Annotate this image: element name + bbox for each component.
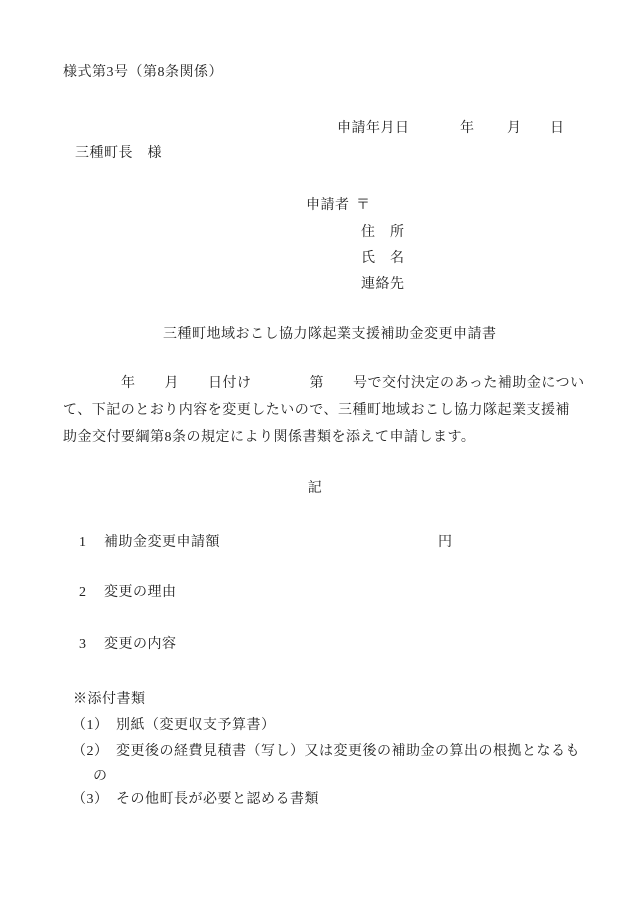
attachment-item-2-line-2: の xyxy=(93,769,108,784)
postal-mark: 〒 xyxy=(356,198,371,213)
item-1-unit: 円 xyxy=(438,535,453,550)
item-1-number: 1 xyxy=(79,535,87,550)
date-year-char: 年 xyxy=(460,121,475,136)
applicant-label: 申請者 xyxy=(306,198,350,213)
date-month-char: 月 xyxy=(507,121,522,136)
application-date-label: 申請年月日 xyxy=(337,121,410,136)
attachment-item-1: （1） 別紙（変更収支予算書） xyxy=(72,718,276,733)
application-form-page: 様式第3号（第8条関係） 申請年月日 年 月 日 三種町長 様 申請者 〒 住 … xyxy=(0,0,630,903)
body-paragraph-line-2: て、下記のとおり内容を変更したいので、三種町地域おこし協力隊起業支援補 xyxy=(63,403,570,418)
applicant-address-label: 住 所 xyxy=(361,225,405,240)
item-1-label: 補助金変更申請額 xyxy=(104,535,220,550)
item-2-number: 2 xyxy=(79,585,87,600)
applicant-name-label: 氏 名 xyxy=(361,251,405,266)
document-title: 三種町地域おこし協力隊起業支援補助金変更申請書 xyxy=(163,327,497,342)
date-day-char: 日 xyxy=(550,121,565,136)
body-paragraph-line-1: 年 月 日付け 第 号で交付決定のあった補助金につい xyxy=(63,376,585,391)
attachment-item-3: （3） その他町長が必要と認める書類 xyxy=(72,792,319,807)
addressee: 三種町長 様 xyxy=(75,146,162,161)
form-number: 様式第3号（第8条関係） xyxy=(63,65,223,80)
applicant-contact-label: 連絡先 xyxy=(361,277,405,292)
item-3-number: 3 xyxy=(79,637,87,652)
item-3-label: 変更の内容 xyxy=(104,637,177,652)
item-2-label: 変更の理由 xyxy=(104,585,177,600)
body-paragraph-line-3: 助金交付要綱第8条の規定により関係書類を添えて申請します。 xyxy=(63,430,475,445)
attachment-item-2-line-1: （2） 変更後の経費見積書（写し）又は変更後の補助金の算出の根拠となるも xyxy=(72,744,580,759)
record-marker: 記 xyxy=(0,481,630,496)
attachments-header: ※添付書類 xyxy=(73,692,146,707)
